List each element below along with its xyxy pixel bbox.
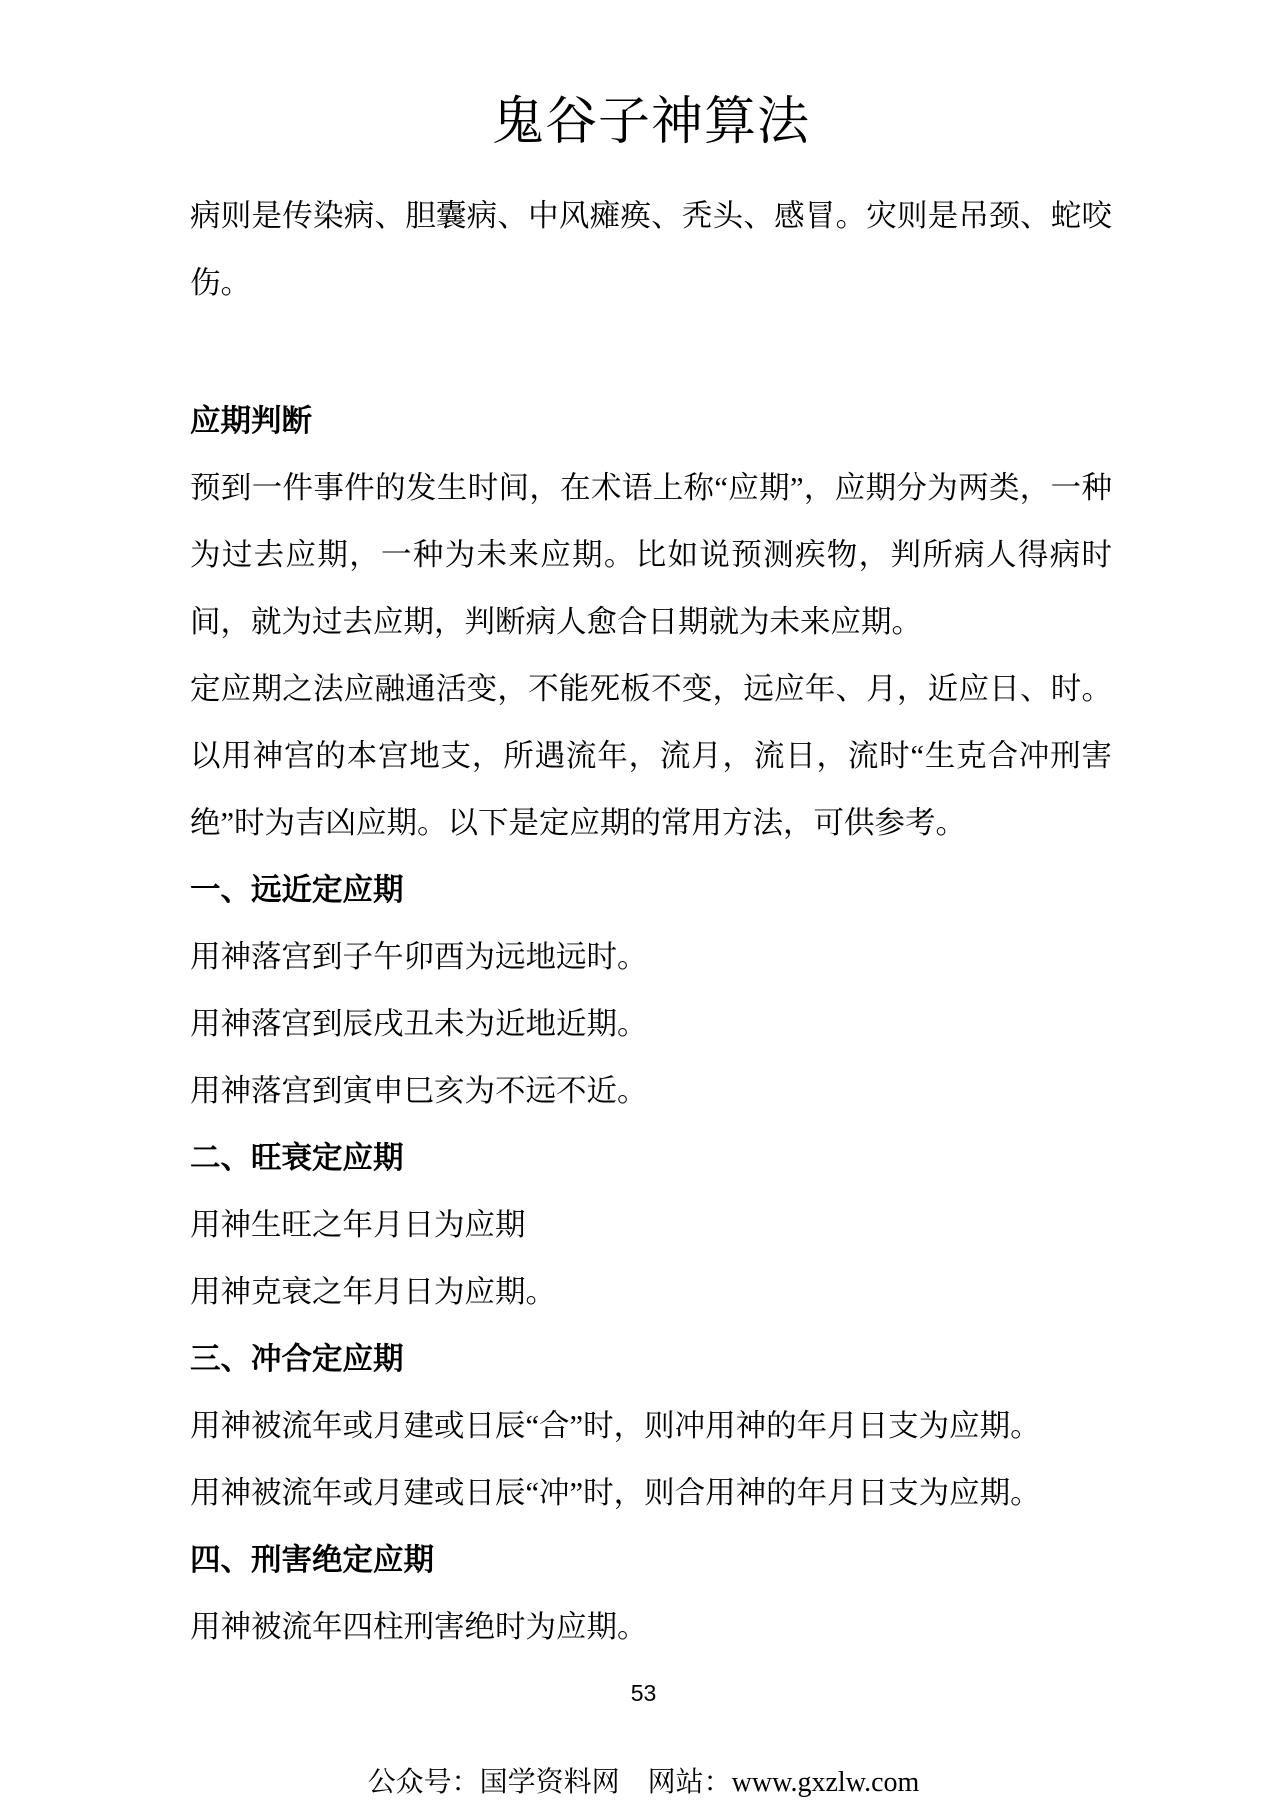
section-heading: 三、冲合定应期 — [190, 1326, 1112, 1393]
paragraph: 预到一件事件的发生时间，在术语上称“应期”，应期分为两类，一种为过去应期，一种为… — [190, 455, 1112, 656]
paragraph: 用神落宫到子午卯酉为远地远时。 — [190, 924, 1112, 991]
paragraph: 用神被流年或月建或日辰“合”时，则冲用神的年月日支为应期。 — [190, 1393, 1112, 1460]
footer-text: 公众号：国学资料网 网站：www.gxzlw.com — [0, 1766, 1287, 1800]
paragraph: 用神生旺之年月日为应期 — [190, 1192, 1112, 1259]
section-heading: 四、刑害绝定应期 — [190, 1527, 1112, 1594]
paragraph: 病则是传染病、胆囊病、中风瘫痪、秃头、感冒。灾则是吊颈、蛇咬伤。 — [190, 183, 1112, 317]
section-heading: 应期判断 — [190, 388, 1112, 455]
paragraph: 用神落宫到辰戌丑未为近地近期。 — [190, 991, 1112, 1058]
document-body: 病则是传染病、胆囊病、中风瘫痪、秃头、感冒。灾则是吊颈、蛇咬伤。应期判断预到一件… — [190, 183, 1112, 1661]
paragraph: 定应期之法应融通活变，不能死板不变，远应年、月，近应日、时。以用神宫的本宫地支，… — [190, 656, 1112, 857]
document-title: 鬼谷子神算法 — [190, 88, 1112, 158]
section-heading: 二、旺衰定应期 — [190, 1125, 1112, 1192]
document-page: 鬼谷子神算法 病则是传染病、胆囊病、中风瘫痪、秃头、感冒。灾则是吊颈、蛇咬伤。应… — [0, 0, 1287, 1805]
paragraph: 用神被流年四柱刑害绝时为应期。 — [190, 1594, 1112, 1661]
paragraph: 用神克衰之年月日为应期。 — [190, 1259, 1112, 1326]
document-content: 鬼谷子神算法 病则是传染病、胆囊病、中风瘫痪、秃头、感冒。灾则是吊颈、蛇咬伤。应… — [190, 0, 1112, 1661]
paragraph: 用神落宫到寅申巳亥为不远不近。 — [190, 1058, 1112, 1125]
page-number: 53 — [0, 1678, 1287, 1708]
section-heading: 一、远近定应期 — [190, 857, 1112, 924]
paragraph: 用神被流年或月建或日辰“冲”时，则合用神的年月日支为应期。 — [190, 1460, 1112, 1527]
